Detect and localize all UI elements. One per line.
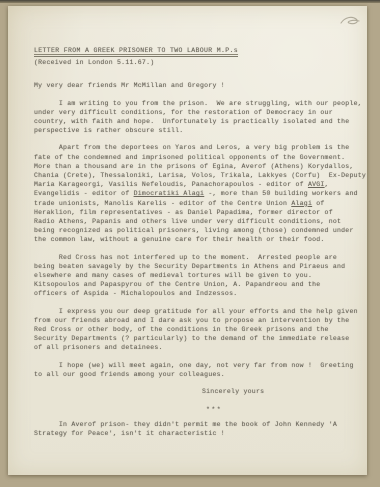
paragraph-line: Apart from the deportees on Yaros and Le… (34, 143, 359, 152)
paper: LETTER FROM A GREEK PRISONER TO TWO LABO… (8, 6, 367, 475)
paragraph-line: Heraklion, film representatives - as Dan… (34, 208, 359, 217)
letter-title: LETTER FROM A GREEK PRISONER TO TWO LABO… (34, 46, 238, 57)
paragraph-line: perspective is rather obscure still. (34, 126, 359, 135)
letter-heading: LETTER FROM A GREEK PRISONER TO TWO LABO… (34, 46, 359, 67)
letter-postscript: In Averof prison- they didn't permit me … (34, 420, 359, 438)
paragraph-line: from our friends abroad and I dare ask y… (34, 316, 359, 325)
paragraph-line: Chania (Crete), Thessaloniki, Larisa, Vo… (34, 171, 359, 180)
paragraph-line: More than a thousand are in the prisons … (34, 162, 359, 171)
pencil-mark (338, 13, 364, 29)
letter-content: LETTER FROM A GREEK PRISONER TO TWO LABO… (34, 46, 359, 446)
separator-asterisks: *** (206, 405, 359, 414)
paragraph: In Averof prison- they didn't permit me … (34, 420, 359, 438)
signoff: Sincerely yours (202, 387, 359, 396)
paragraph-line: officers of Aspida - Michalopoulos and I… (34, 289, 359, 298)
paragraph-line: elsewhere and many cases of medieval tor… (34, 271, 359, 280)
paragraph: I express you our deep gratitude for all… (34, 307, 359, 353)
paragraph-line: Kitsopoulos and Papaspyrou of the Centre… (34, 280, 359, 289)
paragraph-line: of all prisoners and detainees. (34, 343, 359, 352)
paragraph-line: the common law, without a genuine care f… (34, 235, 359, 244)
paragraph-line: Strategy for Peace', isn't it characteri… (34, 429, 359, 438)
paragraph-line: trade unionists, Manolis Karelis - edito… (34, 199, 359, 208)
paragraph-line: I express you our deep gratitude for all… (34, 307, 359, 316)
paragraph-line: fate of the condemned and imprisoned pol… (34, 153, 359, 162)
paragraph-line: Radio Athens, Papanis and others live un… (34, 217, 359, 226)
underlined-phrase: Alagi (291, 200, 312, 207)
underlined-phrase: AVGI (308, 181, 325, 188)
paragraph: Apart from the deportees on Yaros and Le… (34, 143, 359, 244)
paragraph-line: being beaten savagely by the Security De… (34, 262, 359, 271)
salutation: My very dear friends Mr McMillan and Gre… (34, 81, 359, 90)
paragraph-line: Evangelidis - editor of Dimocratiki Alag… (34, 189, 359, 198)
underlined-phrase: Dimocratiki Alagi (134, 190, 205, 197)
paragraph-line: to all our good friends among your colle… (34, 370, 359, 379)
paragraph-line: under very difficult conditions, for the… (34, 108, 359, 117)
letter-received-line: (Received in London 5.11.67.) (34, 58, 359, 67)
paragraph: I am writing to you from the prison. We … (34, 99, 359, 136)
letter-body: I am writing to you from the prison. We … (34, 99, 359, 379)
paragraph-line: Red Cross or other body, of the conditio… (34, 325, 359, 334)
scan-top-edge (0, 0, 380, 3)
paragraph-line: In Averof prison- they didn't permit me … (34, 420, 359, 429)
scanned-page: LETTER FROM A GREEK PRISONER TO TWO LABO… (0, 0, 380, 487)
paragraph-line: country, with faith and hope. Unfortunat… (34, 117, 359, 126)
paragraph-line: I hope (we) will meet again, one day, no… (34, 361, 359, 370)
paragraph: I hope (we) will meet again, one day, no… (34, 361, 359, 379)
paragraph-line: being recognized as political prisoners,… (34, 226, 359, 235)
paragraph-line: Maria Karageorgi, Vasilis Nefeloudis, Pa… (34, 180, 359, 189)
paragraph-line: Security Departments (? particularly) to… (34, 334, 359, 343)
paragraph-line: I am writing to you from the prison. We … (34, 99, 359, 108)
paragraph-line: Red Cross has not interfered up to the m… (34, 253, 359, 262)
paragraph: Red Cross has not interfered up to the m… (34, 253, 359, 299)
